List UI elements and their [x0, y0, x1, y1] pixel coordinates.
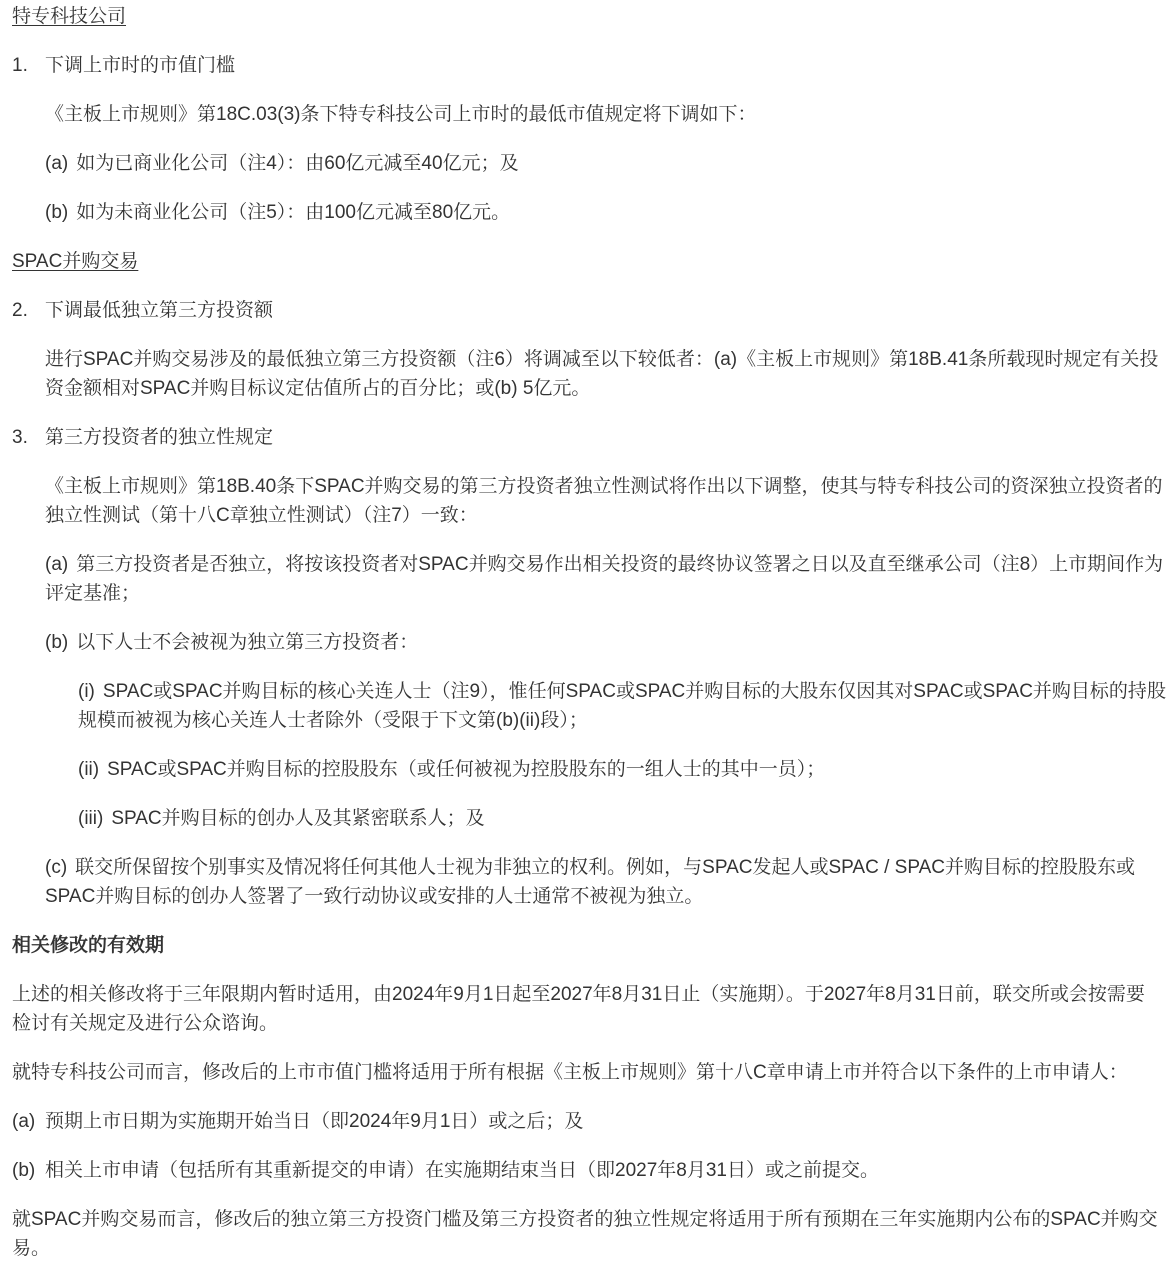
paragraph-rule-18c03: 《主板上市规则》第18C.03(3)条下特专科技公司上市时的最低市值规定将下调如…: [45, 100, 1171, 129]
sublist-item-ii: (ii)SPAC或SPAC并购目标的控股股东（或任何被视为控股股东的一组人士的其…: [78, 755, 1171, 784]
item-2-number: 2.: [12, 296, 45, 325]
list-item-1a: (a)如为已商业化公司（注4）：由60亿元减至40亿元；及: [45, 149, 1171, 178]
apply-item-text: 相关上市申请（包括所有其重新提交的申请）在实施期结束当日（即2027年8月31日…: [45, 1160, 879, 1181]
sublist-marker-ii: (ii): [78, 759, 99, 780]
paragraph-text: 就特专科技公司而言，修改后的上市市值门槛将适用于所有根据《主板上市规则》第十八C…: [12, 1062, 1128, 1083]
numbered-item-3: 3.第三方投资者的独立性规定: [45, 423, 1171, 452]
paragraph-validity-period: 上述的相关修改将于三年限期内暂时适用，由2024年9月1日起至2027年8月31…: [12, 980, 1171, 1038]
apply-item-text: 预期上市日期为实施期开始当日（即2024年9月1日）或之后；及: [45, 1111, 583, 1132]
paragraph-text: 进行SPAC并购交易涉及的最低独立第三方投资额（注6）将调减至以下较低者：(a)…: [45, 349, 1158, 399]
apply-marker-a: (a): [12, 1107, 45, 1136]
list-item-3a: (a)第三方投资者是否独立，将按该投资者对SPAC并购交易作出相关投资的最终协议…: [45, 550, 1171, 608]
list-marker-c: (c): [45, 857, 67, 878]
section-heading-tech-companies: 特专科技公司: [12, 2, 1171, 31]
sublist-item-text: SPAC或SPAC并购目标的核心关连人士（注9），惟任何SPAC或SPAC并购目…: [78, 681, 1166, 731]
list-marker-b: (b): [45, 632, 68, 653]
list-item-3b: (b)以下人士不会被视为独立第三方投资者：: [45, 628, 1171, 657]
paragraph-text: 就SPAC并购交易而言，修改后的独立第三方投资门槛及第三方投资者的独立性规定将适…: [12, 1209, 1158, 1259]
list-item-text: 第三方投资者是否独立，将按该投资者对SPAC并购交易作出相关投资的最终协议签署之…: [45, 554, 1163, 604]
item-3-number: 3.: [12, 423, 45, 452]
list-item-3c: (c)联交所保留按个别事实及情况将任何其他人士视为非独立的权利。例如，与SPAC…: [45, 853, 1171, 911]
paragraph-tech-applicability: 就特专科技公司而言，修改后的上市市值门槛将适用于所有根据《主板上市规则》第十八C…: [12, 1058, 1171, 1087]
sublist-marker-iii: (iii): [78, 808, 103, 829]
item-1-title: 下调上市时的市值门槛: [45, 55, 235, 76]
sublist-item-i: (i)SPAC或SPAC并购目标的核心关连人士（注9），惟任何SPAC或SPAC…: [78, 677, 1171, 735]
paragraph-rule-18b41: 进行SPAC并购交易涉及的最低独立第三方投资额（注6）将调减至以下较低者：(a)…: [45, 345, 1171, 403]
paragraph-text: 上述的相关修改将于三年限期内暂时适用，由2024年9月1日起至2027年8月31…: [12, 984, 1145, 1034]
document-page: { "page": { "text_color": "#333333", "ba…: [0, 0, 1171, 1272]
numbered-item-1: 1.下调上市时的市值门槛: [45, 51, 1171, 80]
sublist-item-text: SPAC或SPAC并购目标的控股股东（或任何被视为控股股东的一组人士的其中一员）…: [107, 759, 825, 780]
paragraph-spac-applicability: 就SPAC并购交易而言，修改后的独立第三方投资门槛及第三方投资者的独立性规定将适…: [12, 1205, 1171, 1263]
list-item-text: 如为已商业化公司（注4）：由60亿元减至40亿元；及: [76, 153, 518, 174]
sublist-item-text: SPAC并购目标的创办人及其紧密联系人；及: [111, 808, 484, 829]
list-marker-a: (a): [45, 153, 68, 174]
paragraph-rule-18b40: 《主板上市规则》第18B.40条下SPAC并购交易的第三方投资者独立性测试将作出…: [45, 472, 1171, 530]
document-body: 特专科技公司 1.下调上市时的市值门槛 《主板上市规则》第18C.03(3)条下…: [12, 2, 1171, 1263]
apply-item-b: (b)相关上市申请（包括所有其重新提交的申请）在实施期结束当日（即2027年8月…: [12, 1156, 1171, 1185]
list-item-text: 联交所保留按个别事实及情况将任何其他人士视为非独立的权利。例如，与SPAC发起人…: [45, 857, 1135, 907]
item-2-title: 下调最低独立第三方投资额: [45, 300, 273, 321]
sublist-marker-i: (i): [78, 681, 95, 702]
list-item-text: 以下人士不会被视为独立第三方投资者：: [76, 632, 418, 653]
heading-text: 特专科技公司: [12, 6, 126, 27]
sublist-item-iii: (iii)SPAC并购目标的创办人及其紧密联系人；及: [78, 804, 1171, 833]
list-item-text: 如为未商业化公司（注5）：由100亿元减至80亿元。: [76, 202, 510, 223]
heading-text: 相关修改的有效期: [12, 935, 164, 956]
paragraph-text: 《主板上市规则》第18B.40条下SPAC并购交易的第三方投资者独立性测试将作出…: [45, 476, 1163, 526]
paragraph-text: 《主板上市规则》第18C.03(3)条下特专科技公司上市时的最低市值规定将下调如…: [45, 104, 757, 125]
section-heading-spac: SPAC并购交易: [12, 247, 1171, 276]
numbered-item-2: 2.下调最低独立第三方投资额: [45, 296, 1171, 325]
section-heading-validity-period: 相关修改的有效期: [12, 931, 1171, 960]
heading-text: SPAC并购交易: [12, 251, 138, 272]
list-item-1b: (b)如为未商业化公司（注5）：由100亿元减至80亿元。: [45, 198, 1171, 227]
item-3-title: 第三方投资者的独立性规定: [45, 427, 273, 448]
apply-item-a: (a)预期上市日期为实施期开始当日（即2024年9月1日）或之后；及: [12, 1107, 1171, 1136]
apply-marker-b: (b): [12, 1156, 45, 1185]
list-marker-a: (a): [45, 554, 68, 575]
list-marker-b: (b): [45, 202, 68, 223]
item-1-number: 1.: [12, 51, 45, 80]
